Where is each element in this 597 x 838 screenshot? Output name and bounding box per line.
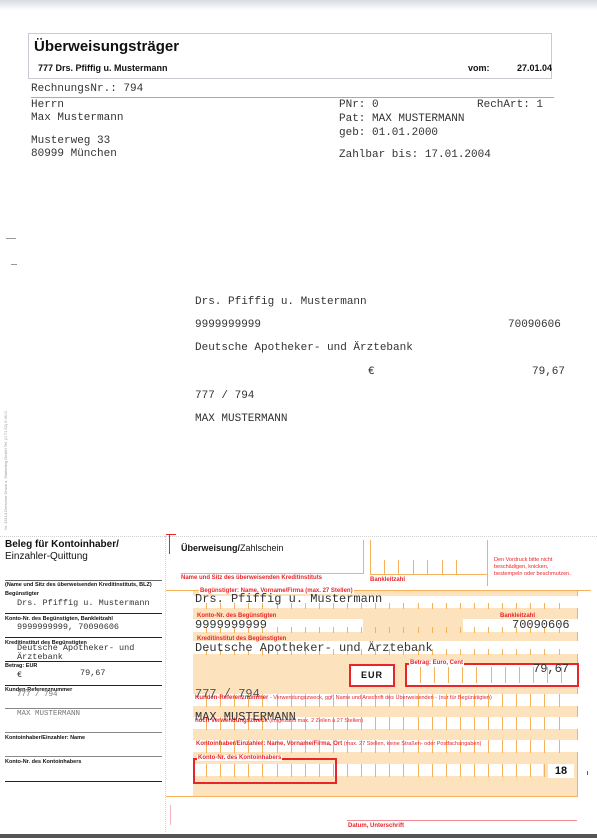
- cell-tick: [502, 764, 503, 776]
- form-corner-mark: [166, 534, 176, 535]
- form-corner-mark: [169, 534, 170, 554]
- header-rule: [31, 97, 554, 98]
- cell-tick: [474, 717, 475, 729]
- label-amount: Betrag: Euro, Cent: [409, 660, 464, 666]
- cell-tick: [474, 764, 475, 776]
- receipt-rule: [5, 756, 162, 757]
- cell-tick: [516, 717, 517, 729]
- cell-tick: [375, 764, 376, 776]
- cell-tick: [544, 717, 545, 729]
- cell-tick: [488, 649, 489, 655]
- receipt-label-amount: Betrag: EUR: [5, 663, 37, 669]
- receipt-subtitle: Einzahler-Quittung: [5, 551, 88, 562]
- document-title: Überweisungsträger: [34, 38, 179, 55]
- cell-tick: [389, 603, 390, 609]
- cell-tick: [448, 667, 449, 683]
- cell-tick: [559, 740, 560, 752]
- cell-tick: [446, 717, 447, 729]
- cell-tick: [488, 627, 489, 633]
- cell-tick: [505, 667, 506, 683]
- address-street: Musterweg 33: [31, 135, 110, 147]
- cell-tick: [432, 717, 433, 729]
- patient-name: Pat: MAX MUSTERMANN: [339, 113, 464, 125]
- cell-tick: [442, 560, 443, 574]
- edge-mark: [170, 805, 171, 825]
- cell-tick: [474, 627, 475, 633]
- cell-tick: [446, 627, 447, 633]
- receipt-rule: [5, 661, 162, 662]
- cell-tick: [403, 717, 404, 729]
- cell-tick: [418, 603, 419, 609]
- cell-tick: [277, 627, 278, 633]
- cell-tick: [502, 694, 503, 706]
- receipt-rule: [5, 580, 162, 581]
- cell-tick: [418, 717, 419, 729]
- cell-tick: [559, 603, 560, 609]
- practice-name: 777 Drs. Pfiffig u. Mustermann: [38, 63, 168, 73]
- cell-tick: [530, 740, 531, 752]
- cell-tick: [460, 649, 461, 655]
- cell-tick: [476, 667, 477, 683]
- payable-until: Zahlbar bis: 17.01.2004: [339, 149, 491, 161]
- receipt-label-holder-account: Konto-Nr. des Kontoinhabers: [5, 759, 81, 765]
- cell-tick: [446, 603, 447, 609]
- scan-edge-shadow: [0, 0, 597, 10]
- cell-tick: [460, 717, 461, 729]
- value-beneficiary: Drs. Pfiffig u. Mustermann: [195, 592, 382, 606]
- cell-tick: [305, 627, 306, 633]
- cell-tick: [418, 764, 419, 776]
- sender-bank-line: [181, 573, 363, 574]
- cell-tick: [432, 627, 433, 633]
- fold-mark: [6, 238, 16, 239]
- cell-tick: [389, 764, 390, 776]
- cell-tick: [488, 764, 489, 776]
- address-salutation: Herrn: [31, 99, 64, 111]
- receipt-rule: [5, 613, 162, 614]
- label-sender-bank: Name und Sitz des überweisenden Kreditin…: [181, 575, 322, 581]
- cell-tick: [361, 764, 362, 776]
- receipt-value-payer: MAX MUSTERMANN: [17, 710, 80, 718]
- receipt-title: Beleg für Kontoinhaber/: [5, 539, 119, 550]
- cell-tick: [559, 649, 560, 655]
- date-value: 27.01.04: [517, 63, 552, 73]
- receipt-label-bank: (Name und Sitz des überweisenden Krediti…: [5, 582, 152, 588]
- cell-tick: [403, 603, 404, 609]
- form-bottom-line: [166, 796, 578, 797]
- summary-amount: 79,67: [532, 366, 565, 378]
- date-label: vom:: [468, 63, 490, 73]
- cell-tick: [516, 694, 517, 706]
- address-name: Max Mustermann: [31, 112, 123, 124]
- invoice-type: RechArt: 1: [477, 99, 543, 111]
- cell-tick: [488, 740, 489, 752]
- cell-tick: [502, 627, 503, 633]
- blz-line: [370, 574, 488, 575]
- receipt-value-currency: €: [17, 670, 22, 680]
- cell-tick: [519, 667, 520, 683]
- blz-edge-left: [370, 540, 371, 574]
- cell-tick: [389, 627, 390, 633]
- cell-tick: [384, 560, 385, 574]
- cell-tick: [418, 627, 419, 633]
- summary-bank: Deutsche Apotheker- und Ärztebank: [195, 342, 413, 354]
- summary-beneficiary: Drs. Pfiffig u. Mustermann: [195, 296, 367, 308]
- cell-tick: [333, 627, 334, 633]
- receipt-value-reference: 777 / 794: [17, 691, 58, 699]
- label-signature: Datum, Unterschrift: [348, 823, 404, 829]
- value-reference: 777 / 794: [195, 687, 260, 701]
- cell-tick: [559, 717, 560, 729]
- address-city: 80999 München: [31, 148, 117, 160]
- cell-tick: [516, 764, 517, 776]
- cell-tick: [544, 649, 545, 655]
- cell-tick: [432, 603, 433, 609]
- invoice-number: RechnungsNr.: 794: [31, 83, 143, 95]
- cell-tick: [502, 649, 503, 655]
- cell-tick: [530, 603, 531, 609]
- label-holder: Kontoinhaber/Einzahler: Name, Vorname/Fi…: [196, 732, 481, 750]
- cell-tick: [460, 627, 461, 633]
- cell-tick: [544, 603, 545, 609]
- receipt-label-holder-name: Kontoinhaber/Einzahler: Name: [5, 735, 85, 741]
- cell-tick: [361, 627, 362, 633]
- cell-tick: [559, 694, 560, 706]
- cell-tick: [516, 603, 517, 609]
- form-title: Überweisung/Zahlschein: [181, 543, 284, 553]
- cell-tick: [434, 667, 435, 683]
- patient-number: PNr: 0: [339, 99, 379, 111]
- receipt-divider: [165, 536, 166, 832]
- cell-tick: [398, 560, 399, 574]
- value-purpose: MAX MUSTERMANN: [195, 710, 296, 724]
- form-warning: Den Vordruck bitte nicht beschädigen, kn…: [494, 557, 571, 578]
- perforation-line: [0, 536, 597, 537]
- cell-tick: [420, 667, 421, 683]
- cell-tick: [516, 740, 517, 752]
- cell-tick: [530, 694, 531, 706]
- cell-tick: [291, 627, 292, 633]
- summary-currency: €: [368, 366, 375, 378]
- cell-tick: [502, 740, 503, 752]
- cell-tick: [427, 560, 428, 574]
- receipt-value-account: 9999999999, 70090606: [17, 622, 119, 632]
- cell-tick: [544, 694, 545, 706]
- scan-bottom-edge: [0, 834, 597, 838]
- summary-reference: 777 / 794: [195, 390, 254, 402]
- cell-tick: [347, 764, 348, 776]
- cell-tick: [544, 740, 545, 752]
- cell-tick: [319, 627, 320, 633]
- cell-tick: [446, 764, 447, 776]
- cell-tick: [530, 717, 531, 729]
- receipt-value-amount: 79,67: [80, 668, 106, 678]
- sender-bank-edge: [363, 540, 364, 574]
- cell-tick: [530, 764, 531, 776]
- cell-tick: [460, 764, 461, 776]
- label-holder-account: Konto-Nr. des Kontoinhabers: [197, 755, 282, 761]
- signature-line: [347, 820, 577, 821]
- value-institute: Deutsche Apotheker- und Ärztebank: [195, 641, 433, 655]
- cell-tick: [446, 649, 447, 655]
- receipt-label-beneficiary: Begünstigter: [5, 591, 39, 597]
- cell-tick: [474, 649, 475, 655]
- cell-tick: [460, 603, 461, 609]
- blz-edge-right: [487, 540, 488, 586]
- punch-mark: [11, 264, 17, 265]
- cell-tick: [544, 764, 545, 776]
- printer-imprint: Nr. 15114 Drescher Druck u. Marketing Gm…: [1, 400, 13, 530]
- cell-tick: [502, 717, 503, 729]
- cell-tick: [502, 603, 503, 609]
- currency-box: EUR: [349, 664, 395, 687]
- form-code: 18: [548, 764, 574, 778]
- cell-tick: [347, 627, 348, 633]
- value-account: 9999999999: [195, 618, 267, 632]
- summary-blz: 70090606: [508, 319, 561, 331]
- summary-account: 9999999999: [195, 319, 261, 331]
- cell-tick: [491, 667, 492, 683]
- cell-tick: [456, 560, 457, 574]
- receipt-value-beneficiary: Drs. Pfiffig u. Mustermann: [17, 598, 150, 608]
- cell-tick: [403, 627, 404, 633]
- cell-tick: [375, 627, 376, 633]
- cell-tick: [389, 717, 390, 729]
- cell-tick: [516, 649, 517, 655]
- cell-tick: [530, 649, 531, 655]
- cell-tick: [375, 717, 376, 729]
- holder-account-box[interactable]: [193, 758, 337, 784]
- receipt-rule: [5, 708, 162, 709]
- cell-tick: [413, 560, 414, 574]
- cell-tick: [474, 603, 475, 609]
- cell-tick: [488, 603, 489, 609]
- cell-tick: [462, 667, 463, 683]
- summary-payer: MAX MUSTERMANN: [195, 413, 287, 425]
- cell-tick: [403, 764, 404, 776]
- edge-mark: [587, 771, 588, 775]
- value-amount: 79,67: [533, 662, 569, 676]
- receipt-rule: [5, 637, 162, 638]
- value-blz: 70090606: [512, 618, 570, 632]
- cell-tick: [432, 764, 433, 776]
- receipt-rule: [5, 732, 162, 733]
- receipt-rule: [5, 685, 162, 686]
- label-blz: Bankleitzahl: [370, 577, 405, 583]
- cell-tick: [488, 717, 489, 729]
- patient-birthdate: geb: 01.01.2000: [339, 127, 438, 139]
- receipt-rule: [5, 781, 162, 782]
